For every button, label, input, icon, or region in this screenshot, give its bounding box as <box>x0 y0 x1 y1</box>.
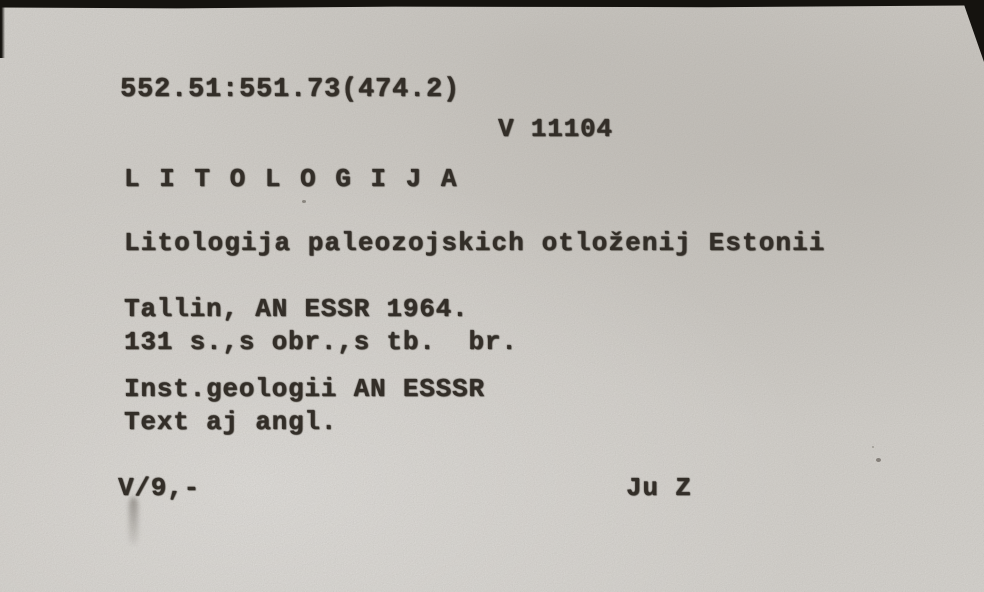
subject-heading: L I T O L O G I J A <box>124 165 458 194</box>
institution-line: Inst.geologii AN ESSSR <box>124 375 485 404</box>
inventory-number: V 11104 <box>498 115 613 144</box>
catalog-card-scan: 552.51:551.73(474.2) V 11104 L I T O L O… <box>0 0 984 592</box>
scan-edge-left <box>0 0 5 58</box>
shelf-code: Ju Z <box>626 474 692 503</box>
imprint-line: Tallin, AN ESSR 1964. <box>124 295 468 324</box>
scan-corner-top-right <box>960 0 984 62</box>
classification-number: 552.51:551.73(474.2) <box>120 76 460 106</box>
paper-speck <box>302 200 306 203</box>
scan-edge-top <box>0 0 984 12</box>
paper-speck <box>872 446 874 448</box>
title-line: Litologija paleozojskich otloženij Eston… <box>124 229 826 258</box>
collation-line: 131 s.,s obr.,s tb. br. <box>124 328 518 357</box>
ink-smudge <box>129 497 138 545</box>
paper-speck <box>876 458 881 462</box>
language-note: Text aj angl. <box>124 408 337 437</box>
